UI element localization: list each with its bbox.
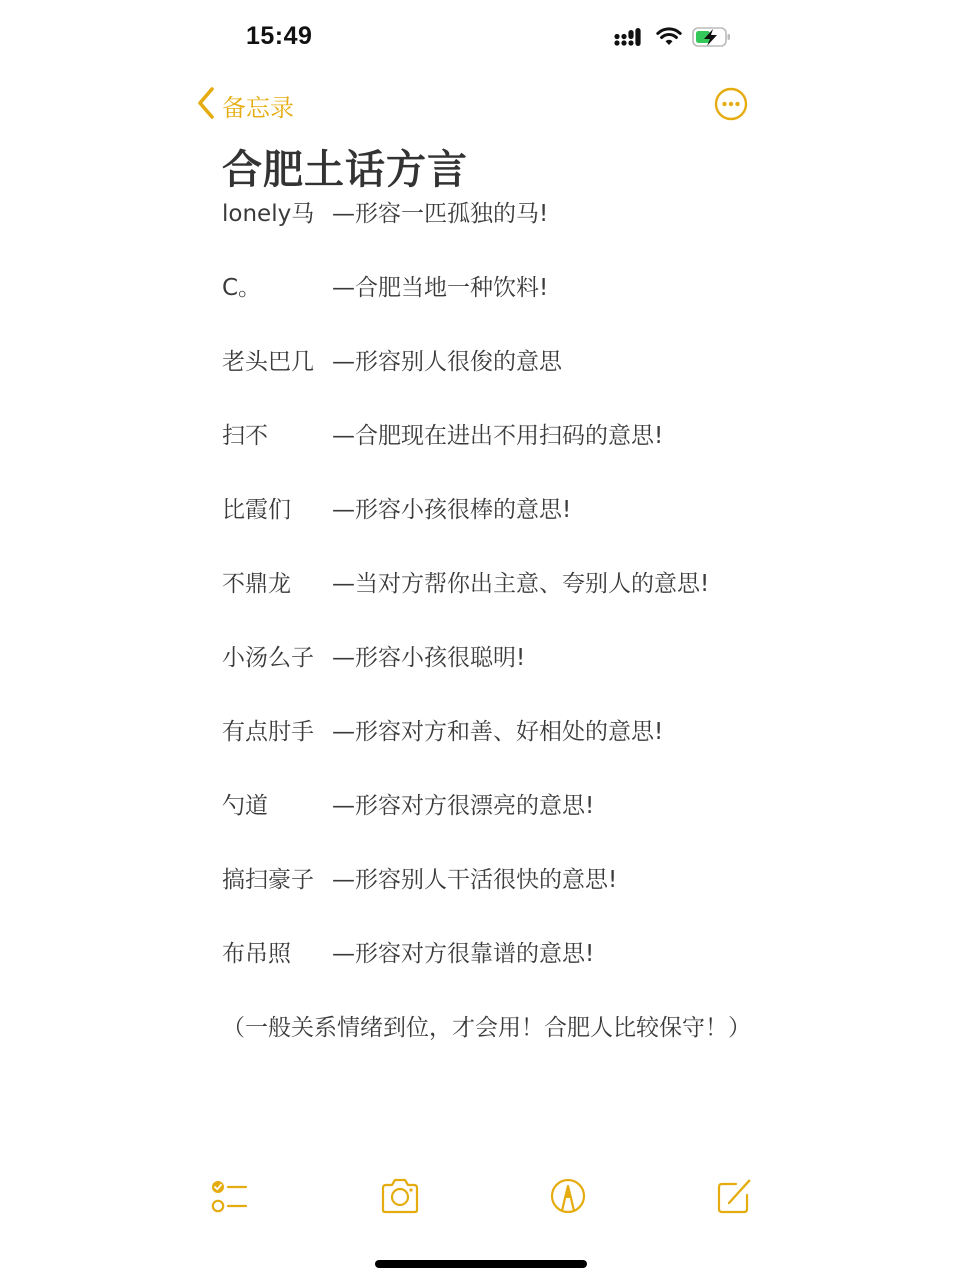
entry-definition: —形容对方很漂亮的意思!	[332, 793, 594, 819]
dialect-entry: 勺道—形容对方很漂亮的意思!	[222, 788, 742, 825]
more-button[interactable]	[714, 87, 748, 121]
dialect-entry: 小汤么子—形容小孩很聪明!	[222, 640, 742, 677]
entry-definition: —形容小孩很聪明!	[332, 645, 525, 671]
markup-button[interactable]	[548, 1176, 588, 1216]
status-time: 15:49	[246, 22, 312, 51]
dialect-entry: 不鼎龙—当对方帮你出主意、夸别人的意思!	[222, 566, 742, 603]
dialect-entry: 搞扫豪子—形容别人干活很快的意思!	[222, 862, 742, 899]
chevron-left-icon	[196, 86, 216, 124]
footnote: （一般关系情绪到位，才会用！合肥人比较保守！）	[222, 1010, 742, 1047]
entry-term: 有点肘手	[222, 714, 332, 751]
status-bar: 15:49	[0, 0, 960, 80]
wifi-icon	[656, 27, 682, 51]
camera-button[interactable]	[380, 1176, 420, 1216]
dialect-entry: 扫不—合肥现在进出不用扫码的意思!	[222, 418, 742, 455]
entry-definition: —合肥当地一种饮料!	[332, 275, 548, 301]
dialect-entry: 老头巴几—形容别人很俊的意思	[222, 344, 742, 381]
dialect-entry: 布吊照—形容对方很靠谱的意思!	[222, 936, 742, 973]
entry-term: 扫不	[222, 418, 332, 455]
checklist-button[interactable]	[210, 1176, 250, 1216]
entry-term: 不鼎龙	[222, 566, 332, 603]
camera-icon	[380, 1201, 420, 1220]
entry-definition: —形容对方和善、好相处的意思!	[332, 719, 663, 745]
entry-definition: —形容别人很俊的意思	[332, 349, 562, 375]
entry-term: 搞扫豪子	[222, 862, 332, 899]
entry-term: C。	[222, 270, 332, 307]
cellular-signal-icon	[614, 28, 646, 50]
note-title[interactable]: 合肥土话方言	[222, 138, 468, 195]
back-label: 备忘录	[222, 88, 294, 123]
entry-definition: —形容一匹孤独的马!	[332, 201, 548, 227]
compose-icon	[714, 1201, 754, 1220]
battery-charging-icon	[692, 26, 732, 52]
compose-button[interactable]	[714, 1176, 754, 1216]
entry-term: lonely马	[222, 196, 332, 233]
entry-definition: —形容对方很靠谱的意思!	[332, 941, 594, 967]
entry-term: 小汤么子	[222, 640, 332, 677]
nav-bar: 备忘录	[0, 80, 960, 130]
bottom-toolbar	[0, 1170, 960, 1222]
ellipsis-circle-icon	[714, 106, 748, 125]
entry-definition: —当对方帮你出主意、夸别人的意思!	[332, 571, 709, 597]
note-body[interactable]: lonely马—形容一匹孤独的马! C。—合肥当地一种饮料! 老头巴几—形容别人…	[222, 196, 742, 1047]
checklist-icon	[210, 1201, 250, 1220]
dialect-entry: lonely马—形容一匹孤独的马!	[222, 196, 742, 233]
dialect-entry: 比霞们—形容小孩很棒的意思!	[222, 492, 742, 529]
entry-definition: —合肥现在进出不用扫码的意思!	[332, 423, 663, 449]
entry-term: 勺道	[222, 788, 332, 825]
home-indicator[interactable]	[375, 1260, 587, 1268]
entry-term: 比霞们	[222, 492, 332, 529]
entry-term: 布吊照	[222, 936, 332, 973]
entry-definition: —形容小孩很棒的意思!	[332, 497, 571, 523]
dialect-entry: C。—合肥当地一种饮料!	[222, 270, 742, 307]
entry-definition: —形容别人干活很快的意思!	[332, 867, 617, 893]
back-button[interactable]: 备忘录	[196, 86, 294, 124]
entry-term: 老头巴几	[222, 344, 332, 381]
status-icons	[614, 26, 732, 52]
dialect-entry: 有点肘手—形容对方和善、好相处的意思!	[222, 714, 742, 751]
pen-tip-icon	[548, 1201, 588, 1220]
